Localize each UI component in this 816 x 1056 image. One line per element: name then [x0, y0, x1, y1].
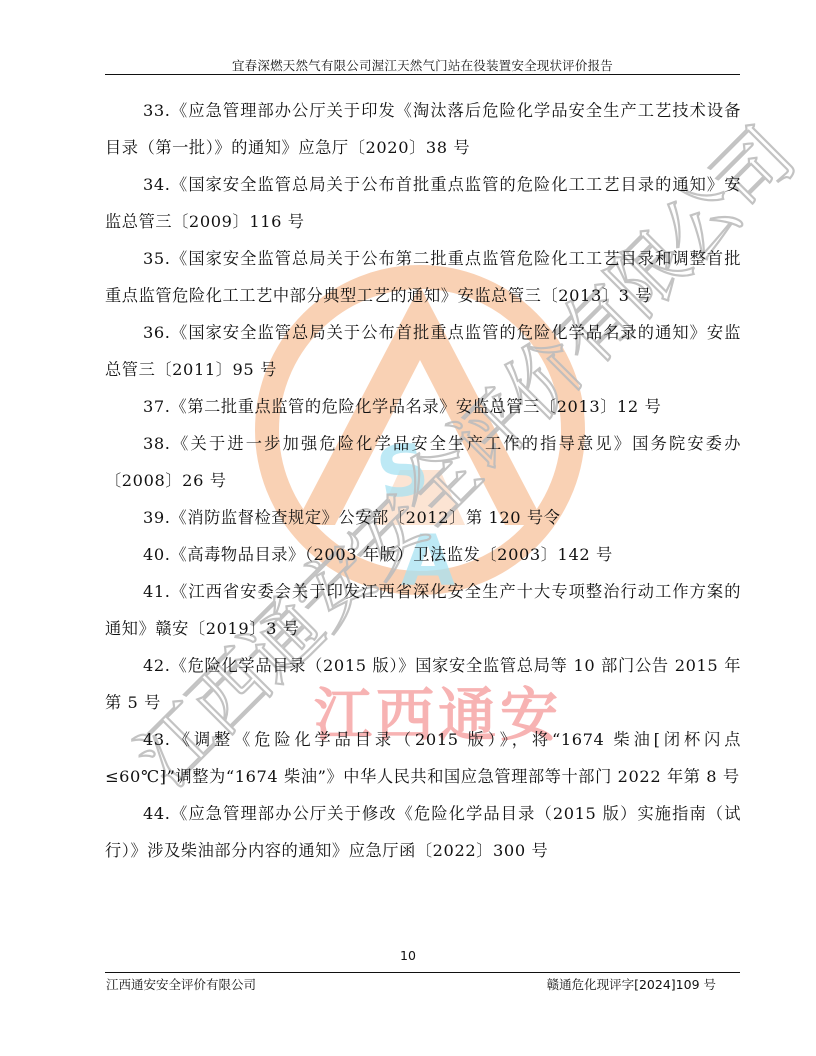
- list-item: 38.《关于进一步加强危险化学品安全生产工作的指导意见》国务院安委办〔2008〕…: [105, 425, 741, 499]
- regulation-list: 33.《应急管理部办公厅关于印发《淘汰落后危险化学品安全生产工艺技术设备目录（第…: [105, 92, 741, 869]
- list-item: 36.《国家安全监管总局关于公布首批重点监管的危险化学品名录的通知》安监总管三〔…: [105, 314, 741, 388]
- running-header-title: 宜春深燃天然气有限公司渥江天然气门站在役装置安全现状评价报告: [105, 56, 740, 74]
- list-item: 35.《国家安全监管总局关于公布第二批重点监管危险化工工艺目录和调整首批重点监管…: [105, 240, 741, 314]
- list-item: 40.《高毒物品目录》（2003 年版）卫法监发〔2003〕142 号: [105, 536, 741, 573]
- list-item: 33.《应急管理部办公厅关于印发《淘汰落后危险化学品安全生产工艺技术设备目录（第…: [105, 92, 741, 166]
- list-item: 34.《国家安全监管总局关于公布首批重点监管的危险化工工艺目录的通知》安监总管三…: [105, 166, 741, 240]
- header-divider: [105, 74, 740, 75]
- list-item: 37.《第二批重点监管的危险化学品名录》安监总管三〔2013〕12 号: [105, 388, 741, 425]
- list-item: 39.《消防监督检查规定》公安部〔2012〕第 120 号令: [105, 499, 741, 536]
- list-item: 42.《危险化学品目录（2015 版）》国家安全监管总局等 10 部门公告 20…: [105, 647, 741, 721]
- list-item: 41.《江西省安委会关于印发江西省深化安全生产十大专项整治行动工作方案的通知》赣…: [105, 573, 741, 647]
- list-item: 44.《应急管理部办公厅关于修改《危险化学品目录（2015 版）实施指南（试行）…: [105, 795, 741, 869]
- footer-divider: [105, 972, 740, 973]
- footer-company-name: 江西通安安全评价有限公司: [106, 975, 256, 993]
- list-item: 43.《调整《危险化学品目录（2015 版）》，将“1674 柴油[闭杯闪点≤6…: [105, 721, 741, 795]
- document-page: 宜春深燃天然气有限公司渥江天然气门站在役装置安全现状评价报告 S A 江西通安安…: [0, 0, 816, 1056]
- page-number: 10: [0, 948, 816, 963]
- footer-document-number: 赣通危化现评字[2024]109 号: [547, 975, 716, 993]
